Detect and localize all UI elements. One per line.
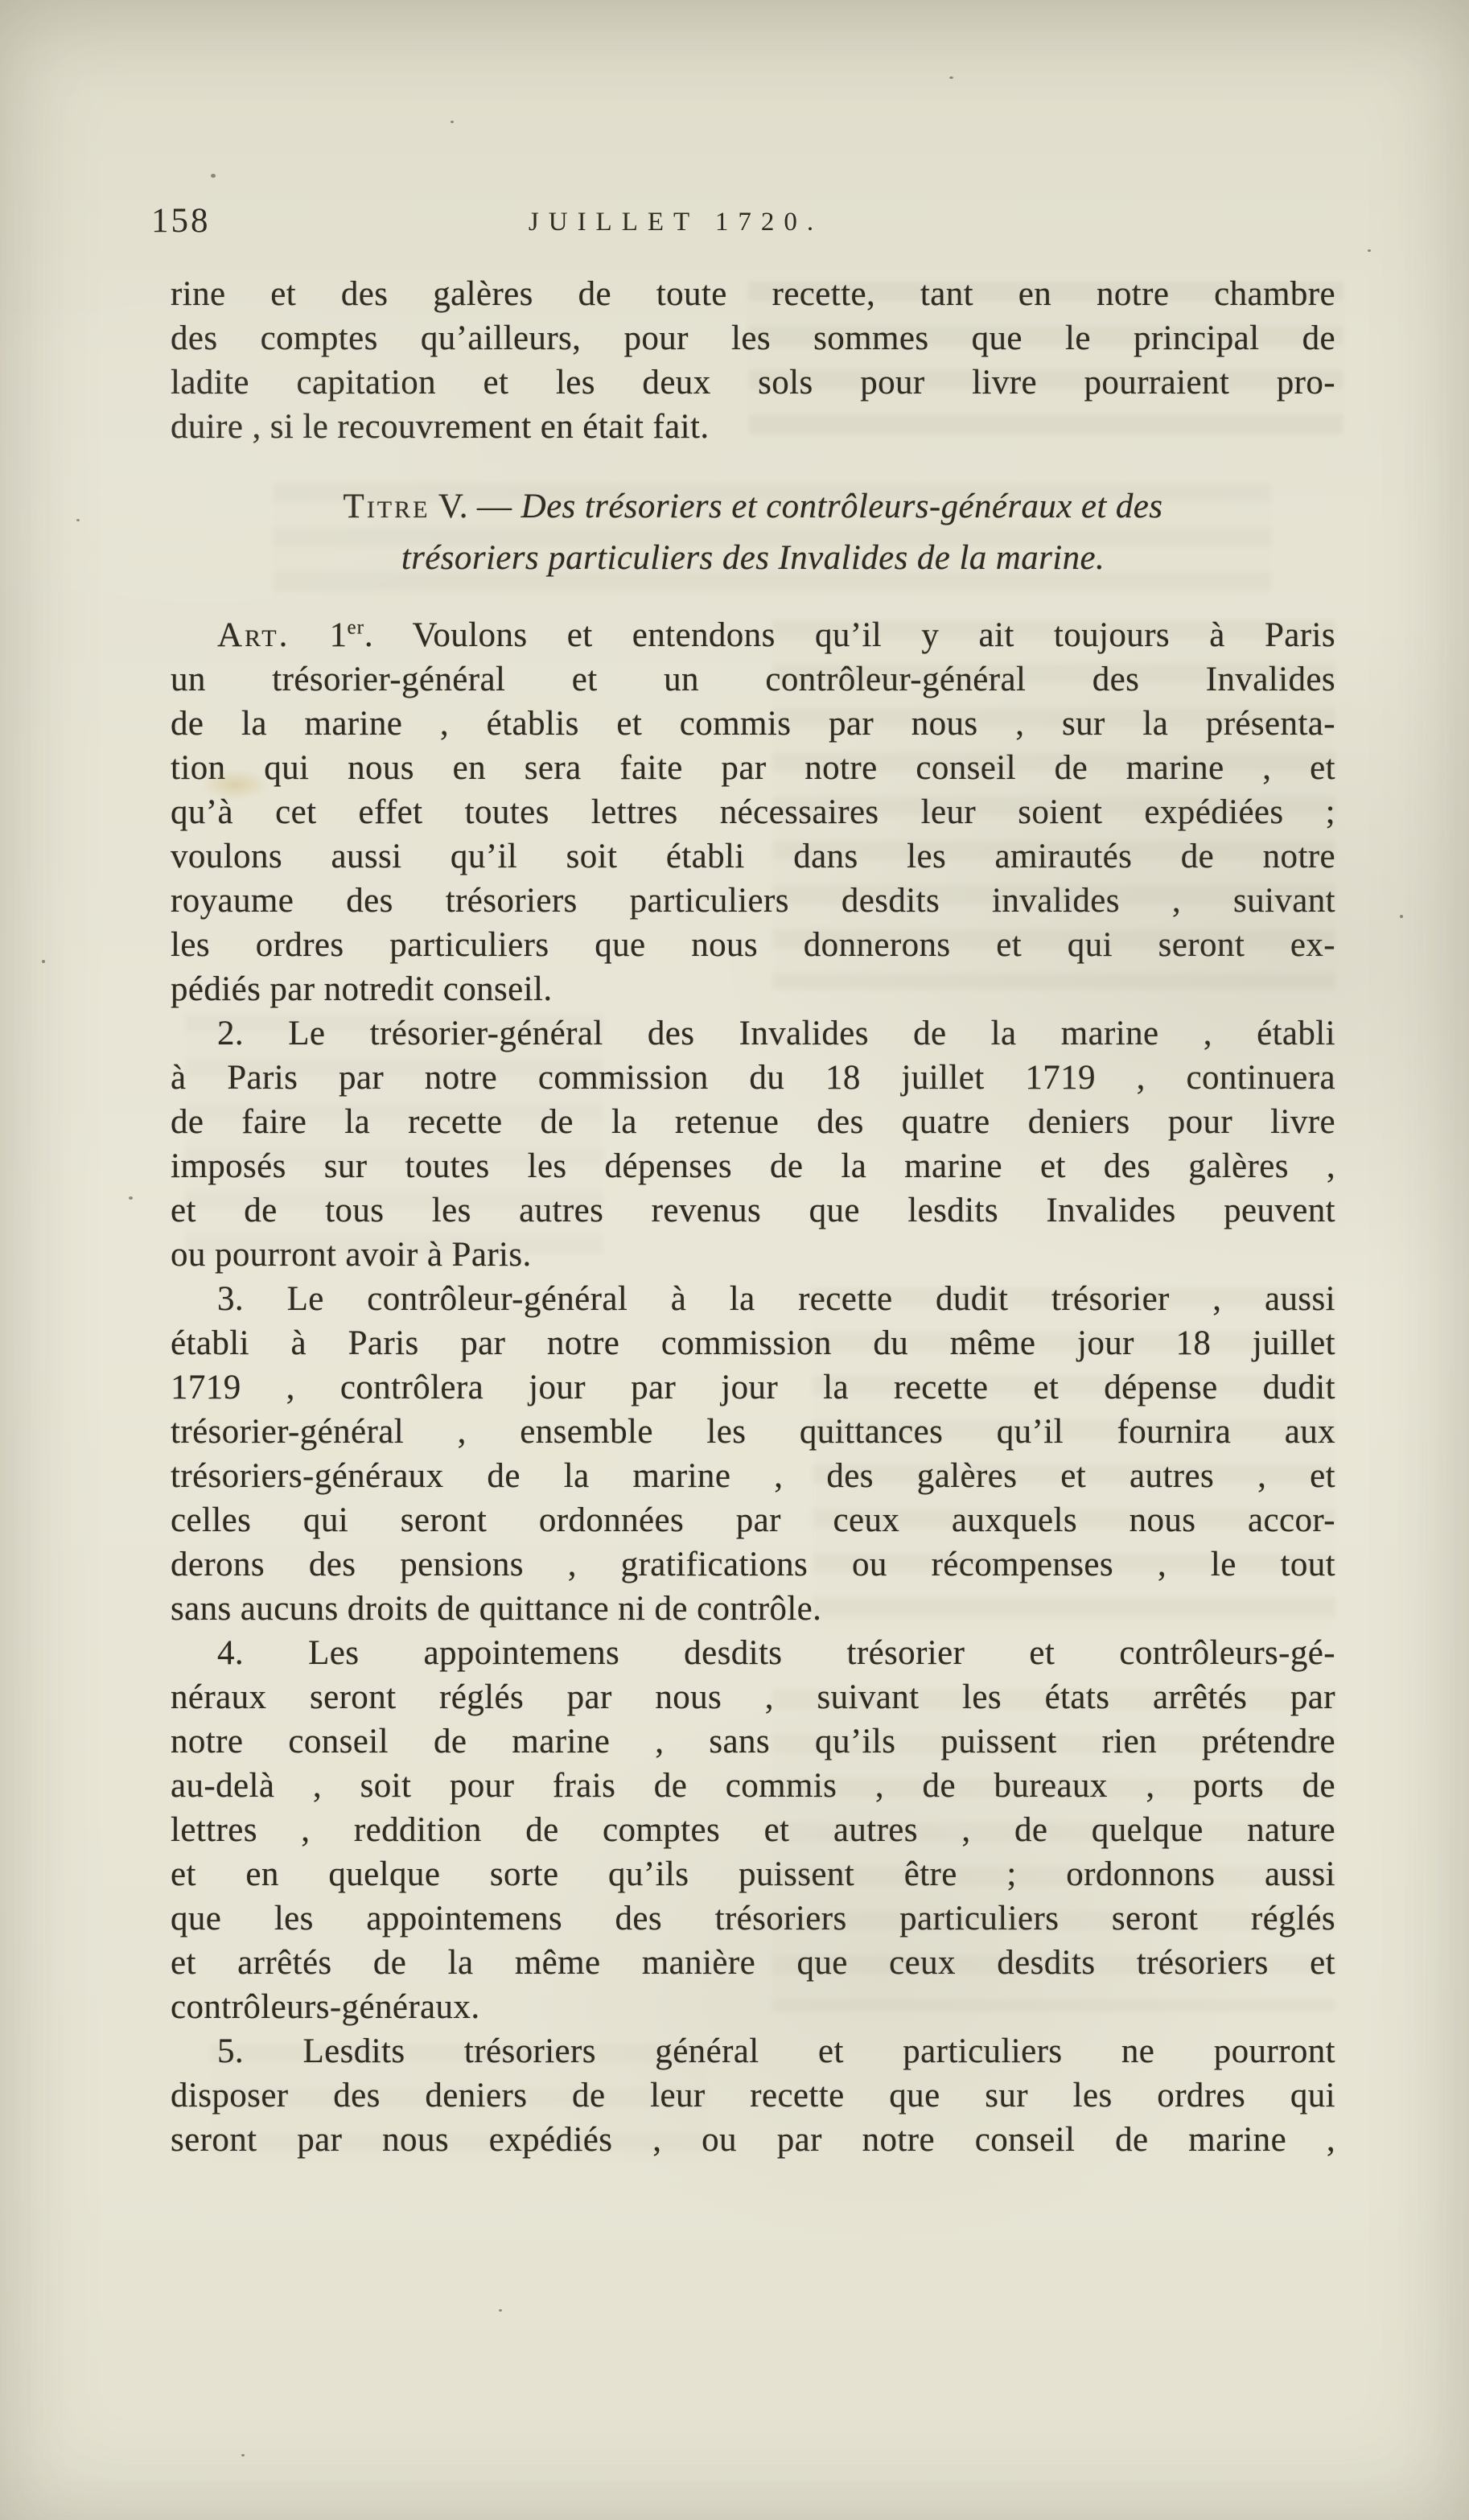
text-run: 1: [290, 616, 347, 654]
text-run: tion qui nous en sera faite par notre co…: [171, 749, 1335, 787]
text-run: à Paris par notre commission du 18 juill…: [171, 1059, 1335, 1097]
text-line: rine et des galères de toute recette, ta…: [171, 272, 1335, 316]
text-line: notre conseil de marine , sans qu’ils pu…: [171, 1719, 1335, 1764]
text-line: 3. Le contrôleur-général à la recette du…: [171, 1277, 1335, 1321]
text-run: Art.: [217, 616, 290, 654]
text-run: de faire la recette de la retenue des qu…: [171, 1103, 1335, 1141]
text-line: néraux seront réglés par nous , suivant …: [171, 1675, 1335, 1719]
text-run: Titre: [344, 488, 430, 525]
text-run: 4. Les appointemens desdits trésorier et…: [217, 1634, 1335, 1672]
text-run: et en quelque sorte qu’ils puissent être…: [171, 1855, 1335, 1893]
text-run: établi à Paris par notre commission du m…: [171, 1324, 1335, 1362]
text-run: derons des pensions , gratifications ou …: [171, 1546, 1335, 1583]
text-run: et arrêtés de la même manière que ceux d…: [171, 1944, 1335, 1982]
text-run: V. —: [430, 488, 521, 525]
text-run: celles qui seront ordonnées par ceux aux…: [171, 1501, 1335, 1539]
text-line: des comptes qu’ailleurs, pour les sommes…: [171, 316, 1335, 360]
text-run: . Voulons et entendons qu’il y ait toujo…: [364, 616, 1335, 654]
paragraph: 4. Les appointemens desdits trésorier et…: [171, 1631, 1335, 2029]
text-line: au-delà , soit pour frais de commis , de…: [171, 1764, 1335, 1808]
text-line: trésoriers particuliers des Invalides de…: [171, 533, 1335, 584]
text-run: rine et des galères de toute recette, ta…: [171, 275, 1335, 313]
running-header: JUILLET 1720.: [169, 208, 1183, 237]
text-run: imposés sur toutes les dépenses de la ma…: [171, 1147, 1335, 1185]
paragraph: 5. Lesdits trésoriers général et particu…: [171, 2029, 1335, 2162]
text-line: royaume des trésoriers particuliers desd…: [171, 879, 1335, 923]
text-line: et en quelque sorte qu’ils puissent être…: [171, 1852, 1335, 1896]
text-run: un trésorier-général et un contrôleur-gé…: [171, 661, 1335, 698]
text-line: de la marine , établis et commis par nou…: [171, 702, 1335, 746]
text-run: duire , si le recouvrement en était fait…: [171, 408, 709, 446]
text-line: imposés sur toutes les dépenses de la ma…: [171, 1144, 1335, 1188]
text-column: rine et des galères de toute recette, ta…: [171, 272, 1335, 2162]
ink-speck: [1400, 915, 1403, 918]
document-page: 158 JUILLET 1720. rine et des galères de…: [0, 0, 1469, 2520]
text-line: 4. Les appointemens desdits trésorier et…: [171, 1631, 1335, 1675]
text-line: que les appointemens des trésoriers part…: [171, 1896, 1335, 1941]
text-line: et arrêtés de la même manière que ceux d…: [171, 1941, 1335, 1985]
text-line: Titre V. — Des trésoriers et contrôleurs…: [171, 481, 1335, 533]
text-line: derons des pensions , gratifications ou …: [171, 1542, 1335, 1587]
text-run: sans aucuns droits de quittance ni de co…: [171, 1590, 821, 1628]
text-run: trésoriers particuliers des Invalides de…: [401, 539, 1105, 577]
text-run: les ordres particuliers que nous donnero…: [171, 926, 1335, 964]
text-run: de la marine , établis et commis par nou…: [171, 705, 1335, 743]
text-run: que les appointemens des trésoriers part…: [171, 1900, 1335, 1937]
paragraph: Art. 1er. Voulons et entendons qu’il y a…: [171, 613, 1335, 1011]
text-run: 5. Lesdits trésoriers général et particu…: [217, 2032, 1335, 2070]
text-line: duire , si le recouvrement en était fait…: [171, 405, 1335, 449]
text-line: seront par nous expédiés , ou par notre …: [171, 2118, 1335, 2162]
text-line: 2. Le trésorier-général des Invalides de…: [171, 1011, 1335, 1056]
text-run: trésorier-général , ensemble les quittan…: [171, 1413, 1335, 1451]
ink-speck: [129, 1196, 133, 1200]
text-run: néraux seront réglés par nous , suivant …: [171, 1678, 1335, 1716]
text-run: 1719 , contrôlera jour par jour la recet…: [171, 1369, 1335, 1406]
text-run: ladite capitation et les deux sols pour …: [171, 364, 1335, 401]
text-run: voulons aussi qu’il soit établi dans les…: [171, 838, 1335, 875]
text-run: ou pourront avoir à Paris.: [171, 1236, 532, 1274]
text-line: tion qui nous en sera faite par notre co…: [171, 746, 1335, 790]
text-line: ladite capitation et les deux sols pour …: [171, 360, 1335, 405]
paragraph: 2. Le trésorier-général des Invalides de…: [171, 1011, 1335, 1277]
text-run: disposer des deniers de leur recette que…: [171, 2077, 1335, 2114]
text-line: un trésorier-général et un contrôleur-gé…: [171, 657, 1335, 702]
text-line: Art. 1er. Voulons et entendons qu’il y a…: [171, 613, 1335, 657]
text-run: 2. Le trésorier-général des Invalides de…: [217, 1015, 1335, 1052]
text-line: disposer des deniers de leur recette que…: [171, 2073, 1335, 2118]
text-line: contrôleurs-généraux.: [171, 1985, 1335, 2029]
paragraph: rine et des galères de toute recette, ta…: [171, 272, 1335, 449]
text-run: qu’à cet effet toutes lettres nécessaire…: [171, 793, 1335, 831]
section-heading: Titre V. — Des trésoriers et contrôleurs…: [171, 481, 1335, 584]
text-run: trésoriers-généraux de la marine , des g…: [171, 1457, 1335, 1495]
text-line: qu’à cet effet toutes lettres nécessaire…: [171, 790, 1335, 834]
text-run: et de tous les autres revenus que lesdit…: [171, 1192, 1335, 1229]
text-run: notre conseil de marine , sans qu’ils pu…: [171, 1723, 1335, 1760]
ink-speck: [451, 121, 454, 123]
text-run: lettres , reddition de comptes et autres…: [171, 1811, 1335, 1849]
text-line: 5. Lesdits trésoriers général et particu…: [171, 2029, 1335, 2073]
ink-speck: [211, 174, 216, 178]
text-run: 3. Le contrôleur-général à la recette du…: [217, 1280, 1335, 1318]
text-run: pédiés par notredit conseil.: [171, 970, 553, 1008]
text-line: à Paris par notre commission du 18 juill…: [171, 1056, 1335, 1100]
text-line: celles qui seront ordonnées par ceux aux…: [171, 1498, 1335, 1542]
text-line: trésorier-général , ensemble les quittan…: [171, 1410, 1335, 1454]
paragraph: 3. Le contrôleur-général à la recette du…: [171, 1277, 1335, 1631]
ink-speck: [1368, 249, 1371, 252]
ink-speck: [499, 2309, 502, 2312]
text-line: voulons aussi qu’il soit établi dans les…: [171, 834, 1335, 879]
text-run: des comptes qu’ailleurs, pour les sommes…: [171, 319, 1335, 357]
text-line: pédiés par notredit conseil.: [171, 967, 1335, 1011]
text-line: ou pourront avoir à Paris.: [171, 1233, 1335, 1277]
text-line: et de tous les autres revenus que lesdit…: [171, 1188, 1335, 1233]
ink-speck: [42, 960, 45, 963]
text-run: royaume des trésoriers particuliers desd…: [171, 882, 1335, 920]
ink-speck: [949, 76, 953, 79]
text-line: établi à Paris par notre commission du m…: [171, 1321, 1335, 1365]
text-line: 1719 , contrôlera jour par jour la recet…: [171, 1365, 1335, 1410]
text-run: seront par nous expédiés , ou par notre …: [171, 2121, 1335, 2159]
text-run: au-delà , soit pour frais de commis , de…: [171, 1767, 1335, 1805]
text-line: trésoriers-généraux de la marine , des g…: [171, 1454, 1335, 1498]
ink-speck: [76, 519, 80, 521]
text-run: contrôleurs-généraux.: [171, 1988, 479, 2026]
ink-speck: [241, 2454, 245, 2456]
text-line: sans aucuns droits de quittance ni de co…: [171, 1587, 1335, 1631]
text-run: er: [347, 617, 364, 639]
text-run: Des trésoriers et contrôleurs-généraux e…: [521, 488, 1163, 525]
text-line: de faire la recette de la retenue des qu…: [171, 1100, 1335, 1144]
text-line: lettres , reddition de comptes et autres…: [171, 1808, 1335, 1852]
text-line: les ordres particuliers que nous donnero…: [171, 923, 1335, 967]
